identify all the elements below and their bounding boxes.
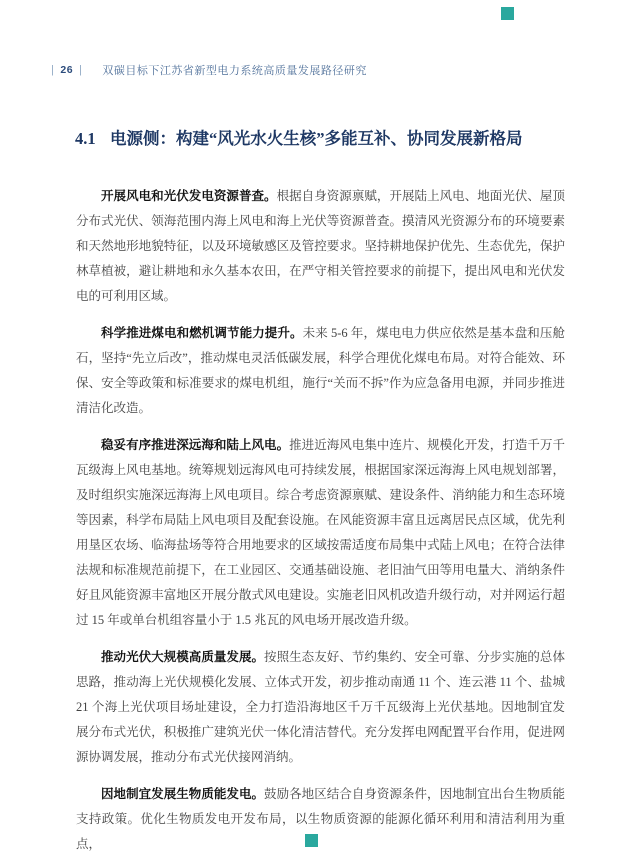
paragraph-lead: 因地制宜发展生物质能发电。 (101, 787, 264, 801)
paragraph-lead: 科学推进煤电和燃机调节能力提升。 (101, 326, 303, 340)
section-heading: 4.1 电源侧：构建“风光水火生核”多能互补、协同发展新格局 (75, 127, 569, 150)
document-page: | 26 | 双碳目标下江苏省新型电力系统高质量发展路径研究 4.1 电源侧：构… (0, 0, 639, 867)
paragraph-lead: 开展风电和光伏发电资源普查。 (101, 189, 277, 203)
paragraph-lead: 推动光伏大规模高质量发展。 (101, 650, 264, 664)
paragraph: 稳妥有序推进深远海和陆上风电。推进近海风电集中连片、规模化开发，打造千万千瓦级海… (76, 433, 565, 633)
page-number: 26 (60, 64, 73, 76)
header-separator-right: | (79, 64, 82, 76)
bottom-accent-square (305, 834, 318, 847)
paragraph: 因地制宜发展生物质能发电。鼓励各地区结合自身资源条件，因地制宜出台生物质能支持政… (76, 782, 565, 857)
paragraph-text: 按照生态友好、节约集约、安全可靠、分步实施的总体思路，推动海上光伏规模化发展、立… (76, 650, 565, 764)
running-title: 双碳目标下江苏省新型电力系统高质量发展路径研究 (102, 62, 367, 78)
page-header: | 26 | 双碳目标下江苏省新型电力系统高质量发展路径研究 (45, 62, 594, 78)
paragraph-lead: 稳妥有序推进深远海和陆上风电。 (101, 438, 289, 452)
paragraph-text: 根据自身资源禀赋，开展陆上风电、地面光伏、屋顶分布式光伏、领海范围内海上风电和海… (76, 189, 565, 303)
section-title: 电源侧：构建“风光水火生核”多能互补、协同发展新格局 (110, 127, 569, 150)
paragraph-text: 推进近海风电集中连片、规模化开发，打造千万千瓦级海上风电基地。统筹规划远海风电可… (76, 438, 565, 627)
paragraph: 推动光伏大规模高质量发展。按照生态友好、节约集约、安全可靠、分步实施的总体思路，… (76, 645, 565, 770)
header-separator-left: | (51, 64, 54, 76)
paragraph: 科学推进煤电和燃机调节能力提升。未来 5-6 年，煤电电力供应依然是基本盘和压舱… (76, 321, 565, 421)
section-number: 4.1 (75, 127, 110, 150)
top-accent-square (501, 7, 514, 20)
paragraph: 开展风电和光伏发电资源普查。根据自身资源禀赋，开展陆上风电、地面光伏、屋顶分布式… (76, 184, 565, 309)
body-copy: 开展风电和光伏发电资源普查。根据自身资源禀赋，开展陆上风电、地面光伏、屋顶分布式… (76, 184, 565, 857)
